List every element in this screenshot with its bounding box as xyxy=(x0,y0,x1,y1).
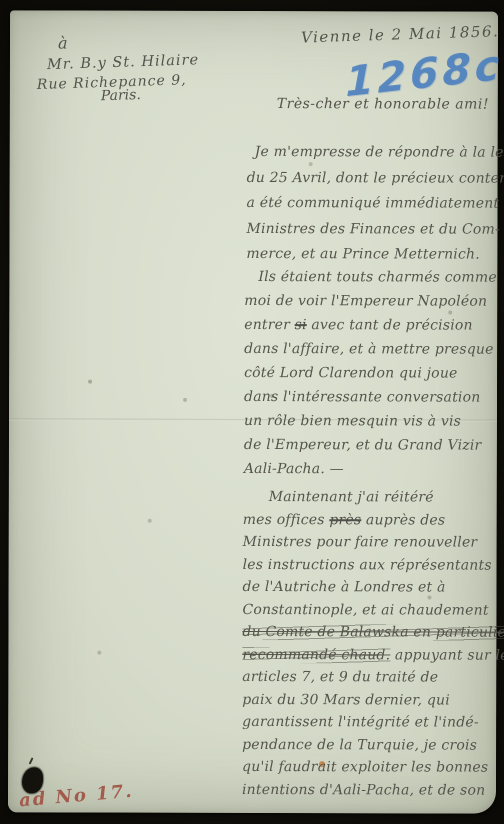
letter-line: Constantinople, et ai chaudement xyxy=(242,598,504,621)
letter-line: Ils étaient touts charmés comme xyxy=(244,265,504,290)
dateline: Vienne le 2 Mai 1856. xyxy=(301,22,500,46)
address-city: Paris. xyxy=(101,87,141,104)
letter-line: côté Lord Clarendon qui joue xyxy=(244,361,504,386)
address-to: à xyxy=(58,33,68,52)
address-recipient-name: Mr. B.y St. Hilaire xyxy=(47,52,200,73)
struck-words: recommandé chaud. xyxy=(242,646,390,662)
struck-line: du Comte de Balawska en particulier xyxy=(242,624,504,641)
line-segment: entrer xyxy=(244,317,294,333)
letter-line: de l'Empereur, et du Grand Vizir xyxy=(244,433,504,458)
letter-line: articles 7, et 9 du traité de xyxy=(242,666,504,689)
struck-word: si xyxy=(295,317,307,333)
letter-line: dans l'affaire, et à mettre presque xyxy=(244,337,504,362)
letter-line: un rôle bien mesquin vis à vis xyxy=(244,409,504,434)
paragraph-1: Je m'empresse de répondre à la lettre du… xyxy=(246,140,504,268)
letter-line: intentions d'Aali-Pacha, et de son xyxy=(242,778,504,801)
letter-line: pendance de la Turquie, je crois xyxy=(242,733,504,756)
letter-line: a été communiqué immédiatement aux xyxy=(247,191,504,217)
line-segment: Constantinople, et xyxy=(242,601,381,617)
letter-page: à Mr. B.y St. Hilaire Rue Richepance 9, … xyxy=(8,10,498,813)
salutation: Très-cher et honorable ami! xyxy=(277,96,489,113)
paper-specks xyxy=(10,10,12,12)
line-segment: auprès des xyxy=(361,512,445,528)
letter-line: qu'il faudrait exploiter les bonnes xyxy=(242,756,504,779)
line-segment: appuyant sur les xyxy=(390,647,504,663)
letter-line: Aali-Pacha. — xyxy=(244,457,504,482)
letter-line: Ministres pour faire renouveller xyxy=(243,531,504,554)
scan-backdrop: à Mr. B.y St. Hilaire Rue Richepance 9, … xyxy=(0,0,504,824)
letter-line: entrer si avec tant de précision xyxy=(244,313,504,338)
letter-line: Je m'empresse de répondre à la lettre xyxy=(247,140,504,166)
letter-line: moi de voir l'Empereur Napoléon xyxy=(244,289,504,314)
letter-line: Maintenant j'ai réitéré xyxy=(243,486,504,509)
archival-number-blue-pencil: 1268c xyxy=(345,45,503,103)
paragraph-2: Ils étaient touts charmés comme moi de v… xyxy=(244,265,504,482)
letter-line: du 25 Avril, dont le précieux contenu xyxy=(247,165,504,191)
letter-line: Ministres des Finances et du Com- xyxy=(246,216,504,242)
letter-line: dans l'intéressante conversation xyxy=(244,385,504,410)
line-segment: mes offices xyxy=(243,511,330,527)
letter-line: garantissent l'intégrité et l'indé- xyxy=(242,711,504,734)
letter-line: du Comte de Balawska en particulier xyxy=(242,621,504,644)
line-segment: ai chaudement xyxy=(381,602,489,618)
letter-line: recommandé chaud. appuyant sur les xyxy=(242,643,504,666)
paragraph-3: Maintenant j'ai réitéré mes offices près… xyxy=(242,486,504,802)
letter-line: mes offices près auprès des xyxy=(243,508,504,531)
struck-word: près xyxy=(329,512,361,528)
line-segment: avec tant de précision xyxy=(307,317,473,333)
letter-line: de l'Autriche à Londres et à xyxy=(243,576,504,599)
letter-line: paix du 30 Mars dernier, qui xyxy=(242,688,504,711)
letter-line: les instructions aux réprésentants xyxy=(243,553,504,576)
